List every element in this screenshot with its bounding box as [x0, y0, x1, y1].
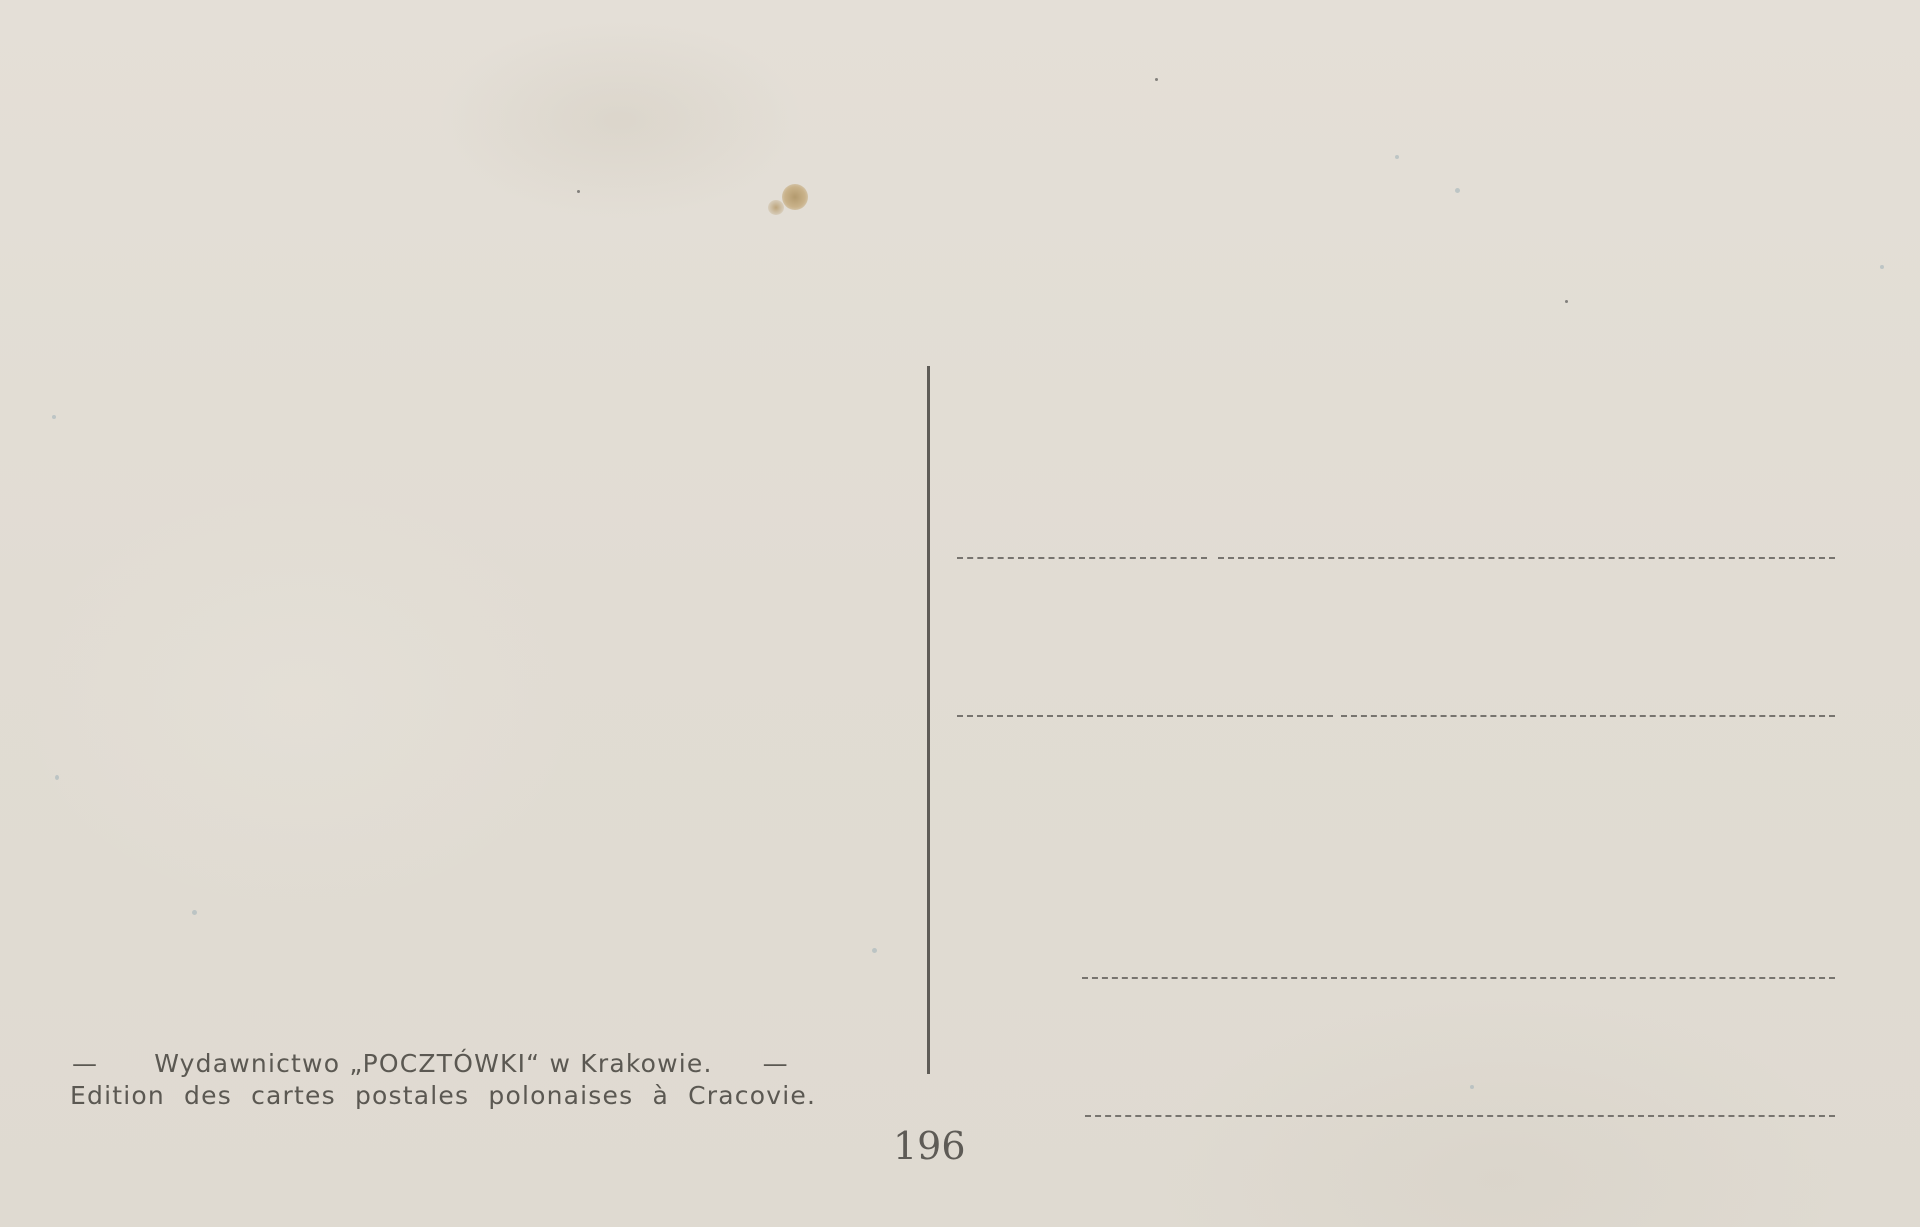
card-number: 196 [893, 1124, 966, 1168]
paper-speck [52, 415, 56, 419]
publisher-line-french: Edition des cartes postales polonaises à… [70, 1080, 850, 1112]
address-line-3 [1082, 977, 1835, 979]
paper-speck [1455, 188, 1460, 193]
postcard-back: —Wydawnictwo „POCZTÓWKI“ w Krakowie.— Ed… [0, 0, 1920, 1227]
dash-right: — [763, 1049, 789, 1078]
dash-left: — [72, 1049, 98, 1078]
paper-speck [192, 910, 197, 915]
paper-speck [55, 775, 59, 780]
paper-speck [577, 190, 580, 193]
publisher-imprint: —Wydawnictwo „POCZTÓWKI“ w Krakowie.— Ed… [70, 1048, 850, 1112]
address-line-4 [1085, 1115, 1835, 1117]
publisher-name-polish: Wydawnictwo „POCZTÓWKI“ w Krakowie. [154, 1049, 712, 1078]
foxing-stain [768, 200, 784, 215]
paper-speck [1155, 78, 1158, 81]
address-line-1b [1218, 557, 1835, 559]
publisher-line-polish: —Wydawnictwo „POCZTÓWKI“ w Krakowie.— [70, 1048, 850, 1080]
message-address-divider [927, 366, 930, 1074]
paper-speck [872, 948, 877, 953]
paper-speck [1395, 155, 1399, 159]
address-line-1a [957, 557, 1207, 559]
paper-speck [1470, 1085, 1474, 1089]
address-line-2a [957, 715, 1333, 717]
foxing-stain [782, 184, 808, 210]
address-line-2b [1341, 715, 1835, 717]
paper-speck [1880, 265, 1884, 269]
paper-speck [1565, 300, 1568, 303]
